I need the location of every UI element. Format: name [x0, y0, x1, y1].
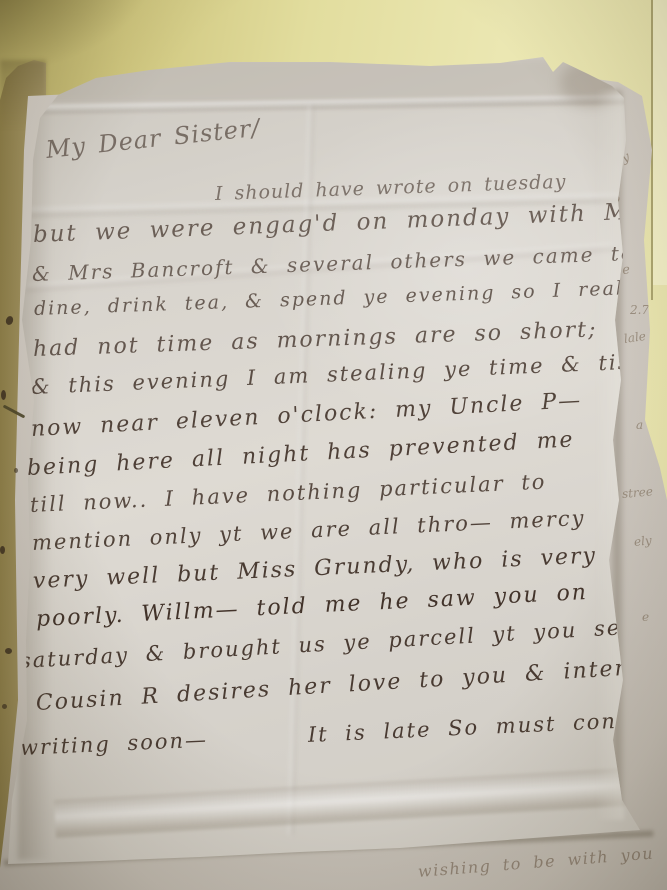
ink-spot [2, 704, 7, 709]
ink-spot [0, 546, 5, 554]
under-sheet-fragment: a [636, 418, 643, 432]
ink-spot [1, 390, 6, 400]
letter-line: writing soon— It is late So must conclud… [19, 705, 667, 760]
under-sheet-fragment: 2.7 [630, 303, 649, 317]
under-sheet-fragment: stree [621, 484, 653, 501]
letter-sheet: My Dear Sister/ I should have wrote on t… [0, 0, 667, 890]
ink-spot [5, 648, 12, 654]
ink-spot [14, 468, 18, 473]
letter-greeting: My Dear Sister/ [45, 114, 262, 164]
under-sheet-line: wishing to be with you [417, 843, 654, 881]
background-right-strip [653, 0, 667, 285]
under-sheet-fragment: lale [623, 329, 647, 346]
under-sheet-fragment: e [642, 610, 649, 624]
bottom-fold-highlight [54, 768, 625, 838]
photo-of-letter: may b t ge 2.7 lale a stree ely e every … [0, 0, 667, 890]
under-sheet-fragment: ely [633, 533, 652, 549]
